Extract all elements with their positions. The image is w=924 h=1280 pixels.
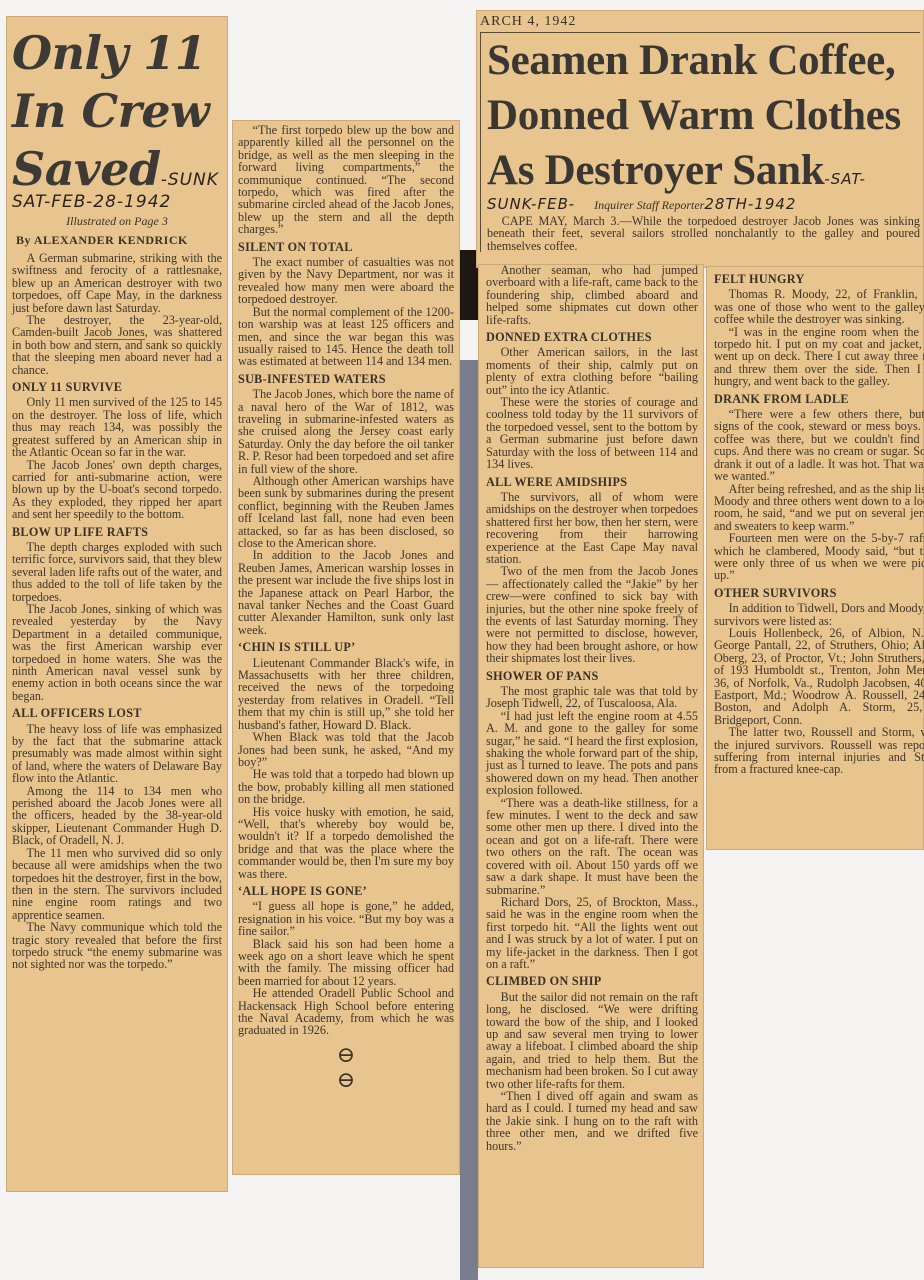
article-column: A German submarine, striking with the sw… bbox=[12, 252, 222, 971]
paragraph: He was told that a torpedo had blown up … bbox=[238, 768, 454, 805]
paragraph: But the sailor did not remain on the raf… bbox=[486, 991, 698, 1090]
paragraph: The destroyer, the 23-year-old, Camden-b… bbox=[12, 314, 222, 376]
dateline: ARCH 4, 1942 bbox=[480, 14, 920, 33]
right-clipping-column-2: FELT HUNGRYThomas R. Moody, 22, of Frank… bbox=[706, 266, 924, 850]
section-heading: ONLY 11 SURVIVE bbox=[12, 381, 222, 393]
paragraph: Although other American warships have be… bbox=[238, 475, 454, 549]
handwritten-annotation: -SAT- bbox=[824, 170, 866, 188]
left-clipping-column-1: Only 11 In Crew Saved-SUNK SAT-FEB-28-19… bbox=[6, 16, 228, 1192]
section-heading: FELT HUNGRY bbox=[714, 273, 924, 285]
paragraph: “I was in the engine room when the first… bbox=[714, 326, 924, 388]
paragraph: These were the stories of courage and co… bbox=[486, 396, 698, 470]
byline: Inquirer Staff Reporter bbox=[594, 198, 704, 212]
paragraph: Two of the men from the Jacob Jones — af… bbox=[486, 565, 698, 664]
paragraph: The Navy communique which told the tragi… bbox=[12, 921, 222, 971]
handwritten-annotation: SUNK-FEB- bbox=[487, 195, 575, 213]
paragraph: The most graphic tale was that told by J… bbox=[486, 685, 698, 710]
paragraph: Louis Hollenbeck, 26, of Albion, N. Y.; … bbox=[714, 627, 924, 726]
paragraph: Among the 114 to 134 men who perished ab… bbox=[12, 785, 222, 847]
illustrated-note: Illustrated on Page 3 bbox=[12, 214, 222, 229]
section-heading: ‘ALL HOPE IS GONE’ bbox=[238, 885, 454, 897]
paragraph: Only 11 men survived of the 125 to 145 o… bbox=[12, 396, 222, 458]
paragraph: “There was a death-like stillness, for a… bbox=[486, 797, 698, 896]
headline-line: As Destroyer Sank bbox=[487, 147, 824, 194]
headline-line: Only 11 bbox=[12, 24, 222, 82]
paragraph: “There were a few others there, but no s… bbox=[714, 408, 924, 482]
end-ornament-icon: ⊖ bbox=[337, 1043, 355, 1068]
paragraph: After being refreshed, and as the ship l… bbox=[714, 483, 924, 533]
section-heading: SHOWER OF PANS bbox=[486, 670, 698, 682]
section-heading: ALL WERE AMIDSHIPS bbox=[486, 476, 698, 488]
paragraph: The 11 men who survived did so only beca… bbox=[12, 847, 222, 921]
section-heading: DRANK FROM LADLE bbox=[714, 393, 924, 405]
paragraph: The latter two, Roussell and Storm, were… bbox=[714, 726, 924, 776]
paragraph: Other American sailors, in the last mome… bbox=[486, 346, 698, 396]
handwritten-date: 28TH-1942 bbox=[704, 195, 796, 213]
section-heading: CLIMBED ON SHIP bbox=[486, 975, 698, 987]
section-heading: ‘CHIN IS STILL UP’ bbox=[238, 641, 454, 653]
paragraph: Fourteen men were on the 5-by-7 raft on … bbox=[714, 532, 924, 582]
paragraph: The Jacob Jones' own depth charges, carr… bbox=[12, 459, 222, 521]
paragraph: Another seaman, who had jumped overboard… bbox=[486, 264, 698, 326]
article-column: Another seaman, who had jumped overboard… bbox=[486, 264, 698, 1152]
paragraph: The depth charges exploded with such ter… bbox=[12, 541, 222, 603]
headline-line: Seamen Drank Coffee, bbox=[487, 33, 920, 88]
paragraph: The survivors, all of whom were amidship… bbox=[486, 491, 698, 565]
paragraph: “I had just left the engine room at 4.55… bbox=[486, 710, 698, 797]
end-ornament-icon: ⊖ bbox=[337, 1068, 355, 1093]
section-heading: ALL OFFICERS LOST bbox=[12, 707, 222, 719]
paragraph: Lieutenant Commander Black's wife, in Ma… bbox=[238, 657, 454, 731]
paragraph: “Then I dived off again and swam as hard… bbox=[486, 1090, 698, 1152]
article-column: “The first torpedo blew up the bow and a… bbox=[238, 124, 454, 1037]
paragraph: Richard Dors, 25, of Brockton, Mass., sa… bbox=[486, 896, 698, 970]
right-clipping-header: ARCH 4, 1942 Seamen Drank Coffee, Donned… bbox=[476, 10, 924, 268]
lead-text: CAPE MAY, March 3.—While the torpedoed d… bbox=[487, 215, 920, 252]
article-column: FELT HUNGRYThomas R. Moody, 22, of Frank… bbox=[714, 273, 924, 776]
paragraph: He attended Oradell Public School and Ha… bbox=[238, 987, 454, 1037]
left-clipping-column-2: “The first torpedo blew up the bow and a… bbox=[232, 120, 460, 1175]
handwritten-annotation: -SUNK bbox=[161, 170, 219, 190]
paragraph: His voice husky with emotion, he said, “… bbox=[238, 806, 454, 880]
paragraph: In addition to the Jacob Jones and Reube… bbox=[238, 549, 454, 636]
section-heading: DONNED EXTRA CLOTHES bbox=[486, 331, 698, 343]
section-heading: BLOW UP LIFE RAFTS bbox=[12, 526, 222, 538]
paragraph: The exact number of casualties was not g… bbox=[238, 256, 454, 306]
section-heading: SUB-INFESTED WATERS bbox=[238, 373, 454, 385]
paragraph: But the normal complement of the 1200-to… bbox=[238, 306, 454, 368]
lead-paragraph: CAPE MAY, March 3.—While the torpedoed d… bbox=[487, 215, 920, 252]
paragraph: “I guess all hope is gone,” he added, re… bbox=[238, 900, 454, 937]
paragraph: In addition to Tidwell, Dors and Moody, … bbox=[714, 602, 924, 627]
section-heading: OTHER SURVIVORS bbox=[714, 587, 924, 599]
paragraph: Thomas R. Moody, 22, of Franklin, Ky., w… bbox=[714, 288, 924, 325]
headline-line: Saved bbox=[12, 142, 161, 196]
headline-line: In Crew bbox=[12, 82, 222, 140]
byline: By ALEXANDER KENDRICK bbox=[16, 233, 222, 248]
paragraph: “The first torpedo blew up the bow and a… bbox=[238, 124, 454, 236]
paragraph: The Jacob Jones, which bore the name of … bbox=[238, 388, 454, 475]
paragraph: Black said his son had been home a week … bbox=[238, 938, 454, 988]
paragraph: When Black was told that the Jacob Jones… bbox=[238, 731, 454, 768]
paragraph: A German submarine, striking with the sw… bbox=[12, 252, 222, 314]
right-clipping-column-1: Another seaman, who had jumped overboard… bbox=[478, 264, 704, 1268]
section-heading: SILENT ON TOTAL bbox=[238, 241, 454, 253]
headline-line: Donned Warm Clothes bbox=[487, 88, 920, 143]
paragraph: The heavy loss of life was emphasized by… bbox=[12, 723, 222, 785]
scan-background-gray bbox=[460, 360, 478, 1280]
paragraph: The Jacob Jones, sinking of which was re… bbox=[12, 603, 222, 702]
